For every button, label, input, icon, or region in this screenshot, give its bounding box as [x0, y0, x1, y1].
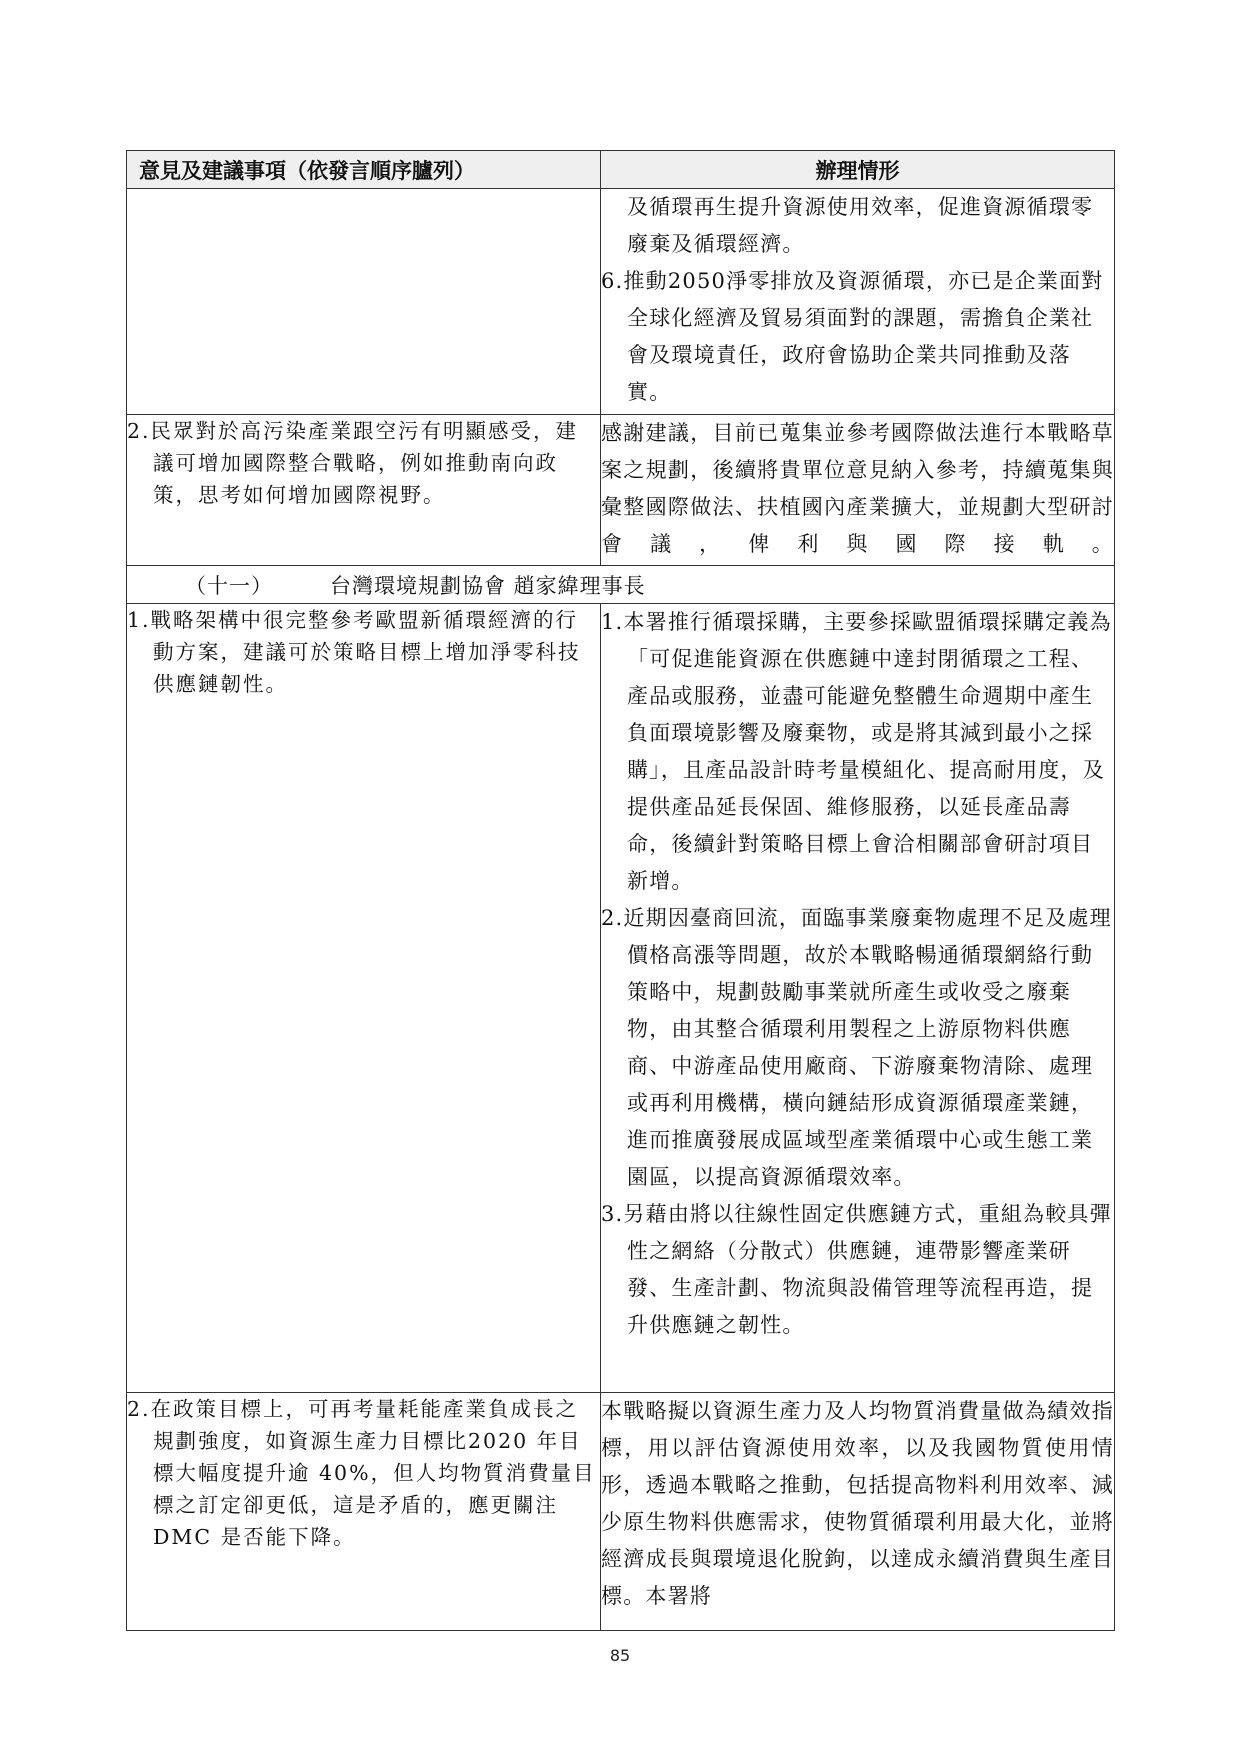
response-cell: 及循環再生提升資源使用效率，促進資源循環零廢棄及循環經濟。 6.推動2050淨零… — [601, 189, 1115, 415]
table-row: 2.民眾對於高污染產業跟空污有明顯感受，建議可增加國際整合戰略，例如推動南向政策… — [127, 415, 1115, 566]
response-cell: 本戰略擬以資源生產力及人均物質消費量做為績效指標，用以評估資源使用效率，以及我國… — [601, 1393, 1115, 1631]
section-number: （十一） — [185, 570, 330, 600]
section-heading: （十一）台灣環境規劃協會 趙家緯理事長 — [127, 566, 1115, 604]
response-item: 3.另藉由將以往線性固定供應鏈方式，重組為較具彈性之網絡（分散式）供應鏈，連帶影… — [601, 1196, 1114, 1344]
section-heading-row: （十一）台灣環境規劃協會 趙家緯理事長 — [127, 566, 1115, 604]
response-item: 1.本署推行循環採購，主要參採歐盟循環採購定義為「可促進能資源在供應鏈中達封閉循… — [601, 604, 1114, 900]
response-item: 及循環再生提升資源使用效率，促進資源循環零廢棄及循環經濟。 — [601, 189, 1114, 263]
opinion-cell: 1.戰略架構中很完整參考歐盟新循環經濟的行動方案，建議可於策略目標上增加淨零科技… — [127, 604, 601, 1393]
response-cell: 感謝建議，目前已蒐集並參考國際做法進行本戰略草案之規劃，後續將貴單位意見納入參考… — [601, 415, 1115, 566]
opinion-item: 2.民眾對於高污染產業跟空污有明顯感受，建議可增加國際整合戰略，例如推動南向政策… — [127, 415, 600, 511]
opinion-item: 2.在政策目標上，可再考量耗能產業負成長之規劃強度，如資源生產力目標比2020 … — [127, 1393, 600, 1553]
table-row: 及循環再生提升資源使用效率，促進資源循環零廢棄及循環經濟。 6.推動2050淨零… — [127, 189, 1115, 415]
opinions-response-table: 意見及建議事項（依發言順序臚列） 辦理情形 及循環再生提升資源使用效率，促進資源… — [126, 150, 1115, 1631]
table-row: 1.戰略架構中很完整參考歐盟新循環經濟的行動方案，建議可於策略目標上增加淨零科技… — [127, 604, 1115, 1393]
opinion-item: 1.戰略架構中很完整參考歐盟新循環經濟的行動方案，建議可於策略目標上增加淨零科技… — [127, 604, 600, 700]
response-item: 2.近期因臺商回流，面臨事業廢棄物處理不足及處理價格高漲等問題，故於本戰略暢通循… — [601, 900, 1114, 1196]
response-text: 感謝建議，目前已蒐集並參考國際做法進行本戰略草案之規劃，後續將貴單位意見納入參考… — [601, 415, 1114, 563]
response-cell: 1.本署推行循環採購，主要參採歐盟循環採購定義為「可促進能資源在供應鏈中達封閉循… — [601, 604, 1115, 1393]
page-number: 85 — [0, 1646, 1240, 1665]
response-text: 本戰略擬以資源生產力及人均物質消費量做為績效指標，用以評估資源使用效率，以及我國… — [601, 1393, 1114, 1615]
response-item: 6.推動2050淨零排放及資源循環，亦已是企業面對全球化經濟及貿易須面對的課題，… — [601, 263, 1114, 411]
opinion-cell: 2.民眾對於高污染產業跟空污有明顯感受，建議可增加國際整合戰略，例如推動南向政策… — [127, 415, 601, 566]
table-header-row: 意見及建議事項（依發言順序臚列） 辦理情形 — [127, 151, 1115, 189]
header-opinions: 意見及建議事項（依發言順序臚列） — [127, 151, 601, 189]
table-row: 2.在政策目標上，可再考量耗能產業負成長之規劃強度，如資源生產力目標比2020 … — [127, 1393, 1115, 1631]
section-title: 台灣環境規劃協會 趙家緯理事長 — [330, 574, 646, 598]
opinion-cell: 2.在政策目標上，可再考量耗能產業負成長之規劃強度，如資源生產力目標比2020 … — [127, 1393, 601, 1631]
opinion-cell — [127, 189, 601, 415]
header-handling-status: 辦理情形 — [601, 151, 1115, 189]
